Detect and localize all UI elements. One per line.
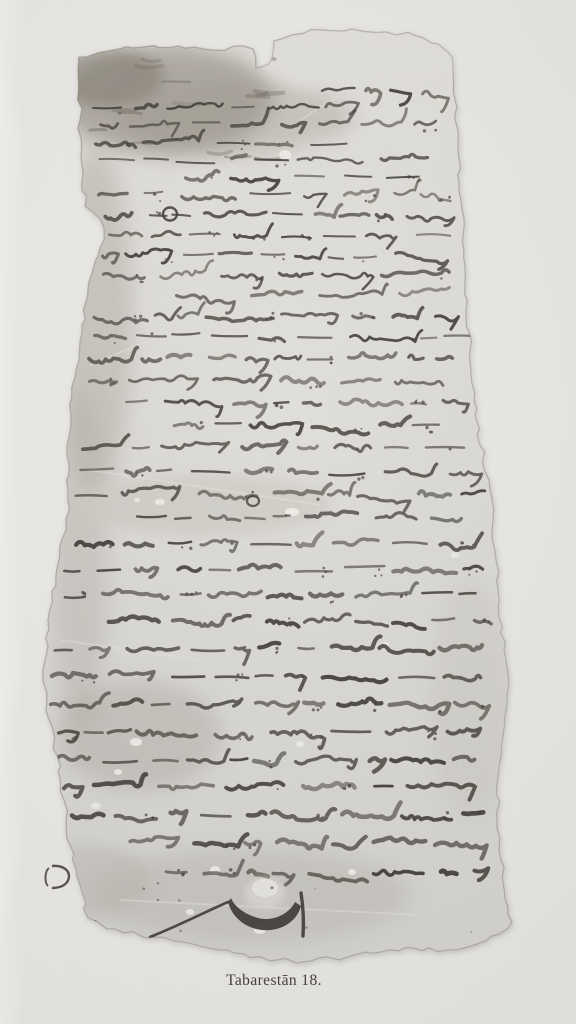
manuscript-fragment-photo [0,0,576,1024]
figure-caption: Tabarestān 18. [0,972,562,990]
book-page-photo: Tabarestān 18. [0,0,576,1024]
seal-mark [45,866,69,888]
